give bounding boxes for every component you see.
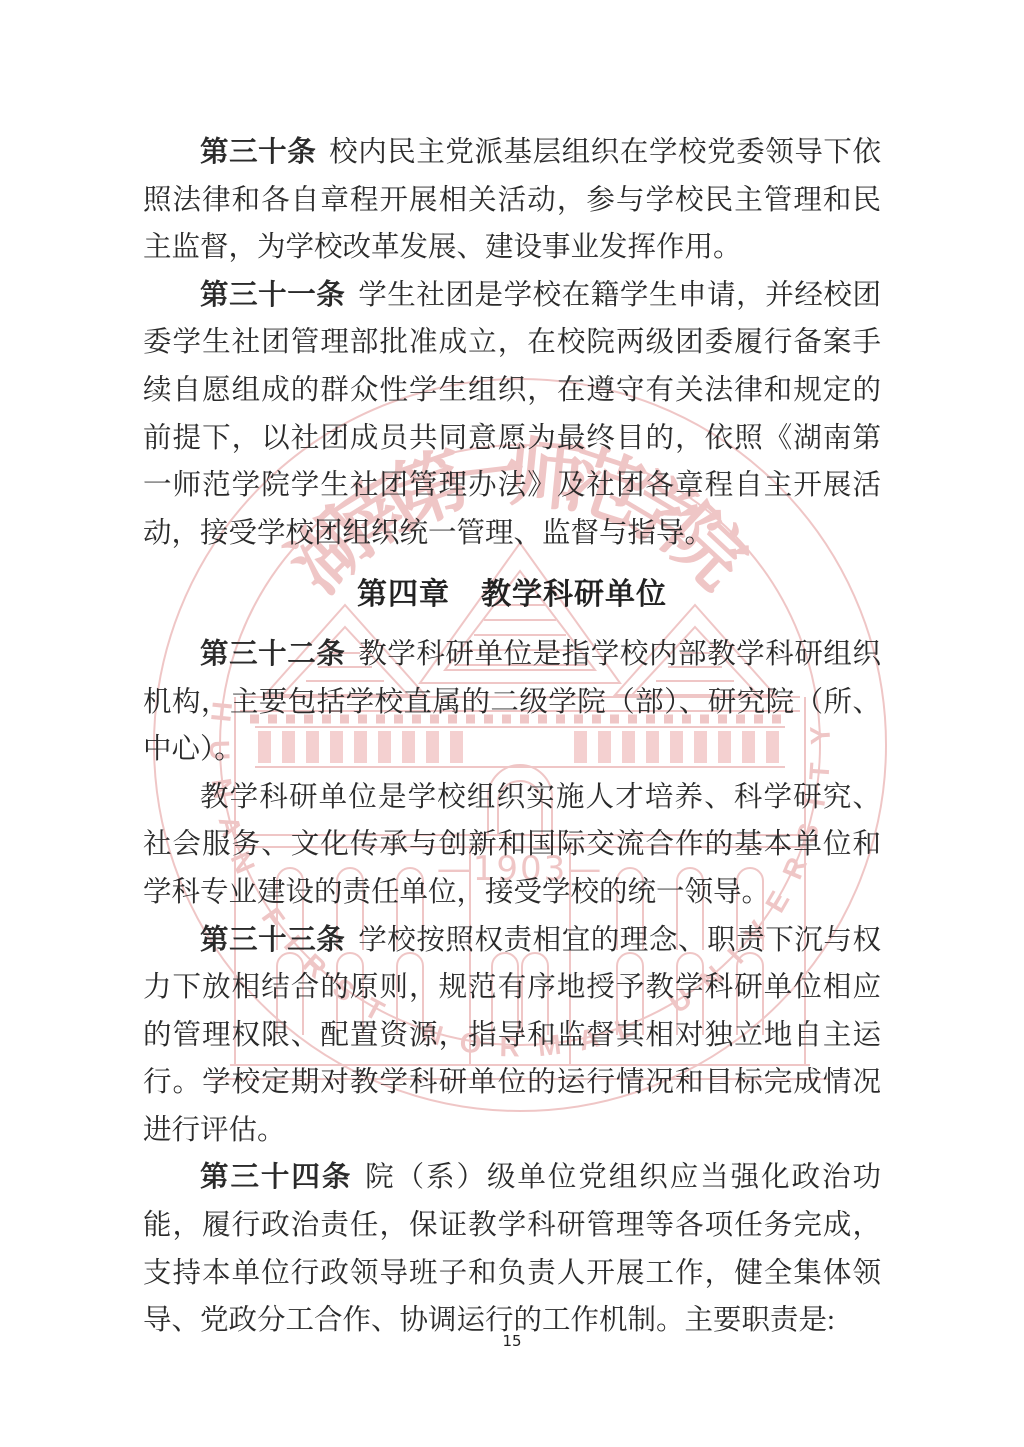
clause-label: 第三十条 bbox=[200, 137, 316, 168]
article-30-paragraph: 第三十条校内民主党派基层组织在学校党委领导下依照法律和各自章程开展相关活动，参与… bbox=[143, 129, 881, 272]
chapter-heading: 第四章 教学科研单位 bbox=[143, 571, 881, 619]
clause-text: 教学科研单位是学校组织实施人才培养、科学研究、社会服务、文化传承与创新和国际交流… bbox=[143, 782, 881, 908]
article-32-paragraph: 第三十二条教学科研单位是指学校内部教学科研组织机构，主要包括学校直属的二级学院（… bbox=[143, 631, 881, 774]
article-34-paragraph: 第三十四条院（系）级单位党组织应当强化政治功能，履行政治责任，保证教学科研管理等… bbox=[143, 1154, 881, 1344]
document-page: 湖南第一师范学院 bbox=[0, 0, 1024, 1447]
clause-label: 第三十四条 bbox=[200, 1162, 352, 1193]
article-31-paragraph: 第三十一条学生社团是学校在籍学生申请，并经校团委学生社团管理部批准成立，在校院两… bbox=[143, 272, 881, 558]
page-number: 15 bbox=[0, 1332, 1024, 1350]
body-text: 第三十条校内民主党派基层组织在学校党委领导下依照法律和各自章程开展相关活动，参与… bbox=[143, 129, 881, 1345]
article-33-paragraph: 第三十三条学校按照权责相宜的理念、职责下沉与权力下放相结合的原则，规范有序地授予… bbox=[143, 917, 881, 1155]
clause-label: 第三十二条 bbox=[200, 639, 345, 670]
article-32-continuation-paragraph: 教学科研单位是学校组织实施人才培养、科学研究、社会服务、文化传承与创新和国际交流… bbox=[143, 774, 881, 917]
clause-text: 学生社团是学校在籍学生申请，并经校团委学生社团管理部批准成立，在校院两级团委履行… bbox=[143, 280, 881, 549]
clause-text: 学校按照权责相宜的理念、职责下沉与权力下放相结合的原则，规范有序地授予教学科研单… bbox=[143, 925, 881, 1146]
clause-label: 第三十三条 bbox=[200, 925, 345, 956]
clause-label: 第三十一条 bbox=[200, 280, 345, 311]
